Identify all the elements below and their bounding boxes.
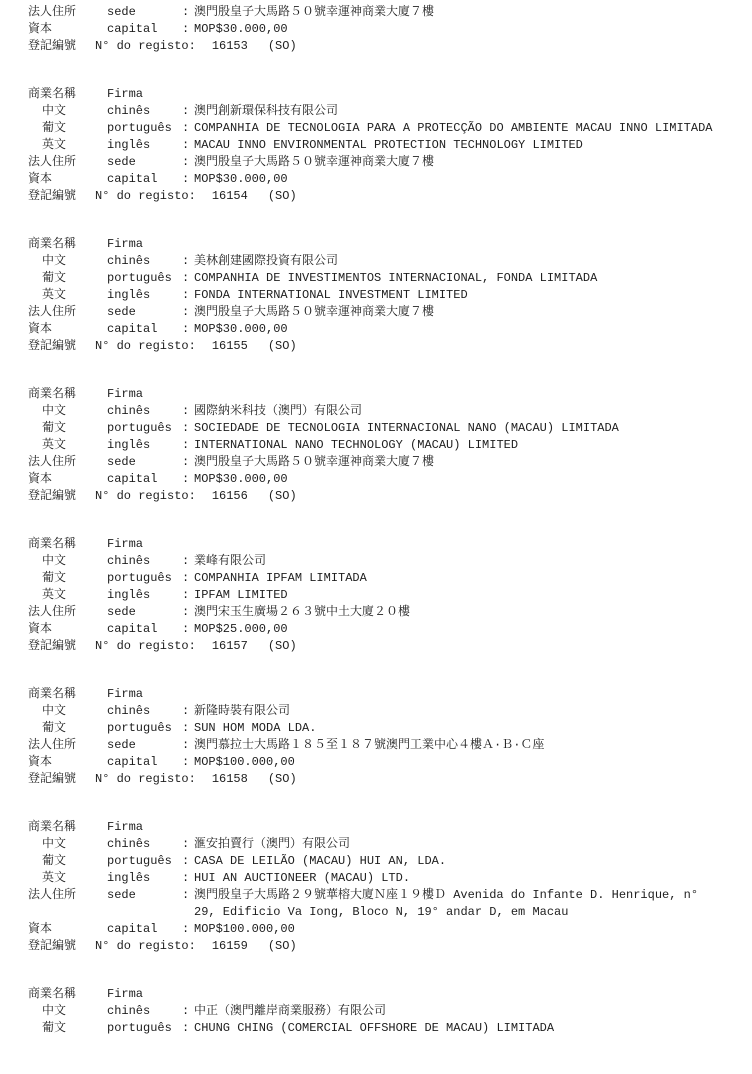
field-row: 中文chinês:澳門創新環保科技有限公司 <box>28 103 742 120</box>
field-row: 中文chinês:業峰有限公司 <box>28 553 742 570</box>
colon-separator: : <box>182 437 194 454</box>
field-label-pt: Firma <box>107 986 182 1003</box>
field-row: 資本capital:MOP$30.000,00 <box>28 321 742 338</box>
colon-separator: : <box>182 154 194 171</box>
field-label-pt: capital <box>107 921 182 938</box>
field-label-pt: inglês <box>107 137 182 154</box>
field-label-zh: 商業名稱 <box>28 386 107 403</box>
registry-suffix: (SO) <box>268 188 297 205</box>
field-label-zh: 葡文 <box>28 270 107 287</box>
field-label-zh: 資本 <box>28 321 107 338</box>
field-label-zh: 英文 <box>28 287 107 304</box>
field-label-pt: sede <box>107 154 182 171</box>
field-label-pt: português <box>107 853 182 870</box>
field-label-pt: chinês <box>107 1003 182 1020</box>
registry-number-row: 登記編號N° do registo:16155(SO) <box>28 338 742 355</box>
field-label-pt: inglês <box>107 287 182 304</box>
registry-label-zh: 登記編號 <box>28 938 95 955</box>
field-value: MOP$30.000,00 <box>194 321 742 338</box>
colon-separator: : <box>182 137 194 154</box>
field-label-zh: 英文 <box>28 587 107 604</box>
registry-label-zh: 登記編號 <box>28 488 95 505</box>
registry-number-row: 登記編號N° do registo:16158(SO) <box>28 771 742 788</box>
field-value: 澳門殷皇子大馬路５０號幸運神商業大廈７樓 <box>194 4 742 21</box>
field-value: FONDA INTERNATIONAL INVESTMENT LIMITED <box>194 287 742 304</box>
field-row: 中文chinês:滙安拍賣行（澳門）有限公司 <box>28 836 742 853</box>
field-row: 葡文português:SOCIEDADE DE TECNOLOGIA INTE… <box>28 420 742 437</box>
colon-separator: : <box>182 921 194 938</box>
colon-separator: : <box>182 120 194 137</box>
field-label-zh: 法人住所 <box>28 4 107 21</box>
colon-separator: : <box>182 471 194 488</box>
field-value: HUI AN AUCTIONEER (MACAU) LTD. <box>194 870 742 887</box>
colon-separator: : <box>182 1020 194 1037</box>
field-row: 葡文português:SUN HOM MODA LDA. <box>28 720 742 737</box>
field-label-zh: 中文 <box>28 253 107 270</box>
colon-separator: : <box>182 304 194 321</box>
field-value: MOP$100.000,00 <box>194 921 742 938</box>
field-label-zh: 商業名稱 <box>28 86 107 103</box>
field-label-pt: Firma <box>107 819 182 836</box>
registry-number: 16159 <box>212 938 248 955</box>
field-label-pt: Firma <box>107 86 182 103</box>
colon-separator: : <box>182 420 194 437</box>
field-row: 英文inglês:HUI AN AUCTIONEER (MACAU) LTD. <box>28 870 742 887</box>
field-label-pt: capital <box>107 621 182 638</box>
field-label-zh: 葡文 <box>28 570 107 587</box>
registry-number: 16155 <box>212 338 248 355</box>
field-label-zh: 法人住所 <box>28 154 107 171</box>
registry-label-pt: N° do registo: <box>95 188 196 205</box>
field-row: 中文chinês:美林創建國際投資有限公司 <box>28 253 742 270</box>
field-value: MOP$30.000,00 <box>194 21 742 38</box>
field-label-pt: capital <box>107 754 182 771</box>
field-label-zh: 英文 <box>28 137 107 154</box>
registry-label-pt: N° do registo: <box>95 488 196 505</box>
colon-separator: : <box>182 4 194 21</box>
field-value: 澳門殷皇子大馬路２９號華榕大廈Ｎ座１９樓Ｄ Avenida do Infante… <box>194 887 742 921</box>
field-row: 法人住所sede:澳門殷皇子大馬路２９號華榕大廈Ｎ座１９樓Ｄ Avenida d… <box>28 887 742 921</box>
field-row: 商業名稱Firma <box>28 986 742 1003</box>
colon-separator: : <box>182 570 194 587</box>
field-row: 商業名稱Firma <box>28 86 742 103</box>
field-label-zh: 中文 <box>28 553 107 570</box>
colon-separator: : <box>182 720 194 737</box>
field-label-pt: sede <box>107 454 182 471</box>
field-row: 商業名稱Firma <box>28 686 742 703</box>
field-row: 資本capital:MOP$30.000,00 <box>28 471 742 488</box>
field-value: MOP$30.000,00 <box>194 471 742 488</box>
field-value: COMPANHIA DE INVESTIMENTOS INTERNACIONAL… <box>194 270 742 287</box>
field-label-pt: português <box>107 270 182 287</box>
field-label-zh: 資本 <box>28 171 107 188</box>
field-value: 澳門慕拉士大馬路１８５至１８７號澳門工業中心４樓Ａ·Ｂ·Ｃ座 <box>194 737 742 754</box>
field-value: 美林創建國際投資有限公司 <box>194 253 742 270</box>
field-row: 葡文português:CHUNG CHING (COMERCIAL OFFSH… <box>28 1020 742 1037</box>
field-label-pt: português <box>107 720 182 737</box>
registry-label-pt: N° do registo: <box>95 338 196 355</box>
field-value: 澳門殷皇子大馬路５０號幸運神商業大廈７樓 <box>194 154 742 171</box>
field-row: 商業名稱Firma <box>28 236 742 253</box>
colon-separator: : <box>182 1003 194 1020</box>
colon-separator: : <box>182 287 194 304</box>
registry-number: 16158 <box>212 771 248 788</box>
registry-label-zh: 登記編號 <box>28 38 95 55</box>
colon-separator: : <box>182 21 194 38</box>
field-label-zh: 英文 <box>28 870 107 887</box>
field-value: 中正（澳門離岸商業服務）有限公司 <box>194 1003 742 1020</box>
colon-separator: : <box>182 887 194 904</box>
field-label-zh: 資本 <box>28 921 107 938</box>
field-label-zh: 資本 <box>28 471 107 488</box>
registry-number-row: 登記編號N° do registo:16159(SO) <box>28 938 742 955</box>
field-label-pt: sede <box>107 737 182 754</box>
colon-separator: : <box>182 604 194 621</box>
field-row: 商業名稱Firma <box>28 819 742 836</box>
field-label-pt: Firma <box>107 686 182 703</box>
field-label-zh: 商業名稱 <box>28 536 107 553</box>
field-label-pt: inglês <box>107 437 182 454</box>
colon-separator: : <box>182 103 194 120</box>
field-label-zh: 中文 <box>28 836 107 853</box>
field-label-pt: chinês <box>107 403 182 420</box>
field-row: 資本capital:MOP$100.000,00 <box>28 754 742 771</box>
field-label-pt: chinês <box>107 836 182 853</box>
registry-number: 16156 <box>212 488 248 505</box>
field-label-pt: Firma <box>107 536 182 553</box>
registry-number-row: 登記編號N° do registo:16156(SO) <box>28 488 742 505</box>
field-row: 英文inglês:INTERNATIONAL NANO TECHNOLOGY (… <box>28 437 742 454</box>
field-row: 法人住所sede:澳門殷皇子大馬路５０號幸運神商業大廈７樓 <box>28 304 742 321</box>
field-row: 資本capital:MOP$100.000,00 <box>28 921 742 938</box>
field-row: 英文inglês:MACAU INNO ENVIRONMENTAL PROTEC… <box>28 137 742 154</box>
registry-label-zh: 登記編號 <box>28 338 95 355</box>
field-label-zh: 中文 <box>28 403 107 420</box>
registry-number: 16157 <box>212 638 248 655</box>
field-label-pt: chinês <box>107 253 182 270</box>
registry-suffix: (SO) <box>268 638 297 655</box>
field-label-pt: inglês <box>107 587 182 604</box>
registry-records-list: 法人住所sede:澳門殷皇子大馬路５０號幸運神商業大廈７樓資本capital:M… <box>28 4 742 1037</box>
field-label-zh: 法人住所 <box>28 604 107 621</box>
colon-separator: : <box>182 171 194 188</box>
field-value: 業峰有限公司 <box>194 553 742 570</box>
field-label-zh: 商業名稱 <box>28 686 107 703</box>
field-value: MOP$25.000,00 <box>194 621 742 638</box>
registry-suffix: (SO) <box>268 338 297 355</box>
field-value: MOP$30.000,00 <box>194 171 742 188</box>
field-value: MOP$100.000,00 <box>194 754 742 771</box>
field-row: 中文chinês:中正（澳門離岸商業服務）有限公司 <box>28 1003 742 1020</box>
field-label-pt: Firma <box>107 386 182 403</box>
field-label-pt: sede <box>107 887 182 904</box>
field-label-zh: 葡文 <box>28 1020 107 1037</box>
field-label-zh: 英文 <box>28 437 107 454</box>
field-row: 法人住所sede:澳門殷皇子大馬路５０號幸運神商業大廈７樓 <box>28 454 742 471</box>
field-label-pt: chinês <box>107 703 182 720</box>
registry-label-pt: N° do registo: <box>95 638 196 655</box>
field-label-pt: capital <box>107 21 182 38</box>
field-value: 滙安拍賣行（澳門）有限公司 <box>194 836 742 853</box>
colon-separator: : <box>182 321 194 338</box>
field-label-zh: 商業名稱 <box>28 236 107 253</box>
registry-suffix: (SO) <box>268 38 297 55</box>
field-label-zh: 葡文 <box>28 120 107 137</box>
field-row: 中文chinês:新隆時裝有限公司 <box>28 703 742 720</box>
field-value: SOCIEDADE DE TECNOLOGIA INTERNACIONAL NA… <box>194 420 742 437</box>
colon-separator: : <box>182 270 194 287</box>
field-row: 資本capital:MOP$30.000,00 <box>28 171 742 188</box>
record-block: 法人住所sede:澳門殷皇子大馬路５０號幸運神商業大廈７樓資本capital:M… <box>28 4 742 55</box>
field-label-pt: português <box>107 120 182 137</box>
field-row: 法人住所sede:澳門宋玉生廣場２６３號中土大廈２０樓 <box>28 604 742 621</box>
colon-separator: : <box>182 870 194 887</box>
field-label-zh: 葡文 <box>28 720 107 737</box>
field-label-zh: 中文 <box>28 1003 107 1020</box>
field-label-pt: sede <box>107 304 182 321</box>
field-row: 葡文português:COMPANHIA DE TECNOLOGIA PARA… <box>28 120 742 137</box>
field-value: SUN HOM MODA LDA. <box>194 720 742 737</box>
field-label-zh: 中文 <box>28 103 107 120</box>
field-row: 資本capital:MOP$30.000,00 <box>28 21 742 38</box>
record-block: 商業名稱Firma中文chinês:美林創建國際投資有限公司葡文portuguê… <box>28 236 742 355</box>
field-value: COMPANHIA DE TECNOLOGIA PARA A PROTECÇÃO… <box>194 120 742 137</box>
field-label-zh: 資本 <box>28 621 107 638</box>
registry-label-zh: 登記編號 <box>28 771 95 788</box>
record-block: 商業名稱Firma中文chinês:滙安拍賣行（澳門）有限公司葡文portugu… <box>28 819 742 955</box>
field-value: 澳門殷皇子大馬路５０號幸運神商業大廈７樓 <box>194 304 742 321</box>
colon-separator: : <box>182 621 194 638</box>
field-label-zh: 資本 <box>28 21 107 38</box>
registry-suffix: (SO) <box>268 488 297 505</box>
colon-separator: : <box>182 737 194 754</box>
colon-separator: : <box>182 253 194 270</box>
field-row: 法人住所sede:澳門殷皇子大馬路５０號幸運神商業大廈７樓 <box>28 4 742 21</box>
field-value: COMPANHIA IPFAM LIMITADA <box>194 570 742 587</box>
field-label-pt: chinês <box>107 103 182 120</box>
registry-suffix: (SO) <box>268 771 297 788</box>
field-label-zh: 法人住所 <box>28 887 107 904</box>
registry-label-pt: N° do registo: <box>95 771 196 788</box>
record-block: 商業名稱Firma中文chinês:澳門創新環保科技有限公司葡文portuguê… <box>28 86 742 205</box>
field-label-pt: português <box>107 420 182 437</box>
field-row: 葡文português:COMPANHIA IPFAM LIMITADA <box>28 570 742 587</box>
field-value: MACAU INNO ENVIRONMENTAL PROTECTION TECH… <box>194 137 742 154</box>
field-value: 澳門殷皇子大馬路５０號幸運神商業大廈７樓 <box>194 454 742 471</box>
field-label-pt: sede <box>107 604 182 621</box>
colon-separator: : <box>182 853 194 870</box>
record-block: 商業名稱Firma中文chinês:新隆時裝有限公司葡文português:SU… <box>28 686 742 788</box>
field-row: 商業名稱Firma <box>28 536 742 553</box>
colon-separator: : <box>182 754 194 771</box>
registry-label-zh: 登記編號 <box>28 638 95 655</box>
registry-suffix: (SO) <box>268 938 297 955</box>
field-label-zh: 商業名稱 <box>28 819 107 836</box>
field-value: 澳門創新環保科技有限公司 <box>194 103 742 120</box>
record-block: 商業名稱Firma中文chinês:國際納米科技（澳門）有限公司葡文portug… <box>28 386 742 505</box>
field-row: 中文chinês:國際納米科技（澳門）有限公司 <box>28 403 742 420</box>
field-row: 法人住所sede:澳門慕拉士大馬路１８５至１８７號澳門工業中心４樓Ａ·Ｂ·Ｃ座 <box>28 737 742 754</box>
field-label-pt: português <box>107 1020 182 1037</box>
colon-separator: : <box>182 836 194 853</box>
field-label-zh: 法人住所 <box>28 737 107 754</box>
registry-number: 16154 <box>212 188 248 205</box>
field-row: 葡文português:COMPANHIA DE INVESTIMENTOS I… <box>28 270 742 287</box>
field-row: 英文inglês:FONDA INTERNATIONAL INVESTMENT … <box>28 287 742 304</box>
field-label-zh: 中文 <box>28 703 107 720</box>
colon-separator: : <box>182 703 194 720</box>
field-label-zh: 資本 <box>28 754 107 771</box>
field-row: 葡文português:CASA DE LEILÃO (MACAU) HUI A… <box>28 853 742 870</box>
field-value: CASA DE LEILÃO (MACAU) HUI AN, LDA. <box>194 853 742 870</box>
field-label-pt: chinês <box>107 553 182 570</box>
registry-label-zh: 登記編號 <box>28 188 95 205</box>
colon-separator: : <box>182 403 194 420</box>
field-label-pt: capital <box>107 321 182 338</box>
field-value: INTERNATIONAL NANO TECHNOLOGY (MACAU) LI… <box>194 437 742 454</box>
registry-number-row: 登記編號N° do registo:16157(SO) <box>28 638 742 655</box>
field-row: 商業名稱Firma <box>28 386 742 403</box>
field-label-pt: português <box>107 570 182 587</box>
registry-number-row: 登記編號N° do registo:16154(SO) <box>28 188 742 205</box>
field-label-zh: 葡文 <box>28 420 107 437</box>
field-row: 資本capital:MOP$25.000,00 <box>28 621 742 638</box>
registry-label-pt: N° do registo: <box>95 938 196 955</box>
record-block: 商業名稱Firma中文chinês:中正（澳門離岸商業服務）有限公司葡文port… <box>28 986 742 1037</box>
field-label-pt: inglês <box>107 870 182 887</box>
field-value: CHUNG CHING (COMERCIAL OFFSHORE DE MACAU… <box>194 1020 742 1037</box>
registry-document-page: 法人住所sede:澳門殷皇子大馬路５０號幸運神商業大廈７樓資本capital:M… <box>0 0 752 1074</box>
field-value: 新隆時裝有限公司 <box>194 703 742 720</box>
registry-label-pt: N° do registo: <box>95 38 196 55</box>
colon-separator: : <box>182 587 194 604</box>
record-block: 商業名稱Firma中文chinês:業峰有限公司葡文português:COMP… <box>28 536 742 655</box>
field-label-zh: 葡文 <box>28 853 107 870</box>
field-row: 法人住所sede:澳門殷皇子大馬路５０號幸運神商業大廈７樓 <box>28 154 742 171</box>
field-label-pt: sede <box>107 4 182 21</box>
field-value: 澳門宋玉生廣場２６３號中土大廈２０樓 <box>194 604 742 621</box>
field-value: IPFAM LIMITED <box>194 587 742 604</box>
colon-separator: : <box>182 553 194 570</box>
registry-number: 16153 <box>212 38 248 55</box>
field-label-zh: 法人住所 <box>28 454 107 471</box>
field-label-pt: capital <box>107 171 182 188</box>
registry-number-row: 登記編號N° do registo:16153(SO) <box>28 38 742 55</box>
field-label-pt: capital <box>107 471 182 488</box>
field-label-zh: 商業名稱 <box>28 986 107 1003</box>
colon-separator: : <box>182 454 194 471</box>
field-label-zh: 法人住所 <box>28 304 107 321</box>
field-row: 英文inglês:IPFAM LIMITED <box>28 587 742 604</box>
field-value: 國際納米科技（澳門）有限公司 <box>194 403 742 420</box>
field-label-pt: Firma <box>107 236 182 253</box>
